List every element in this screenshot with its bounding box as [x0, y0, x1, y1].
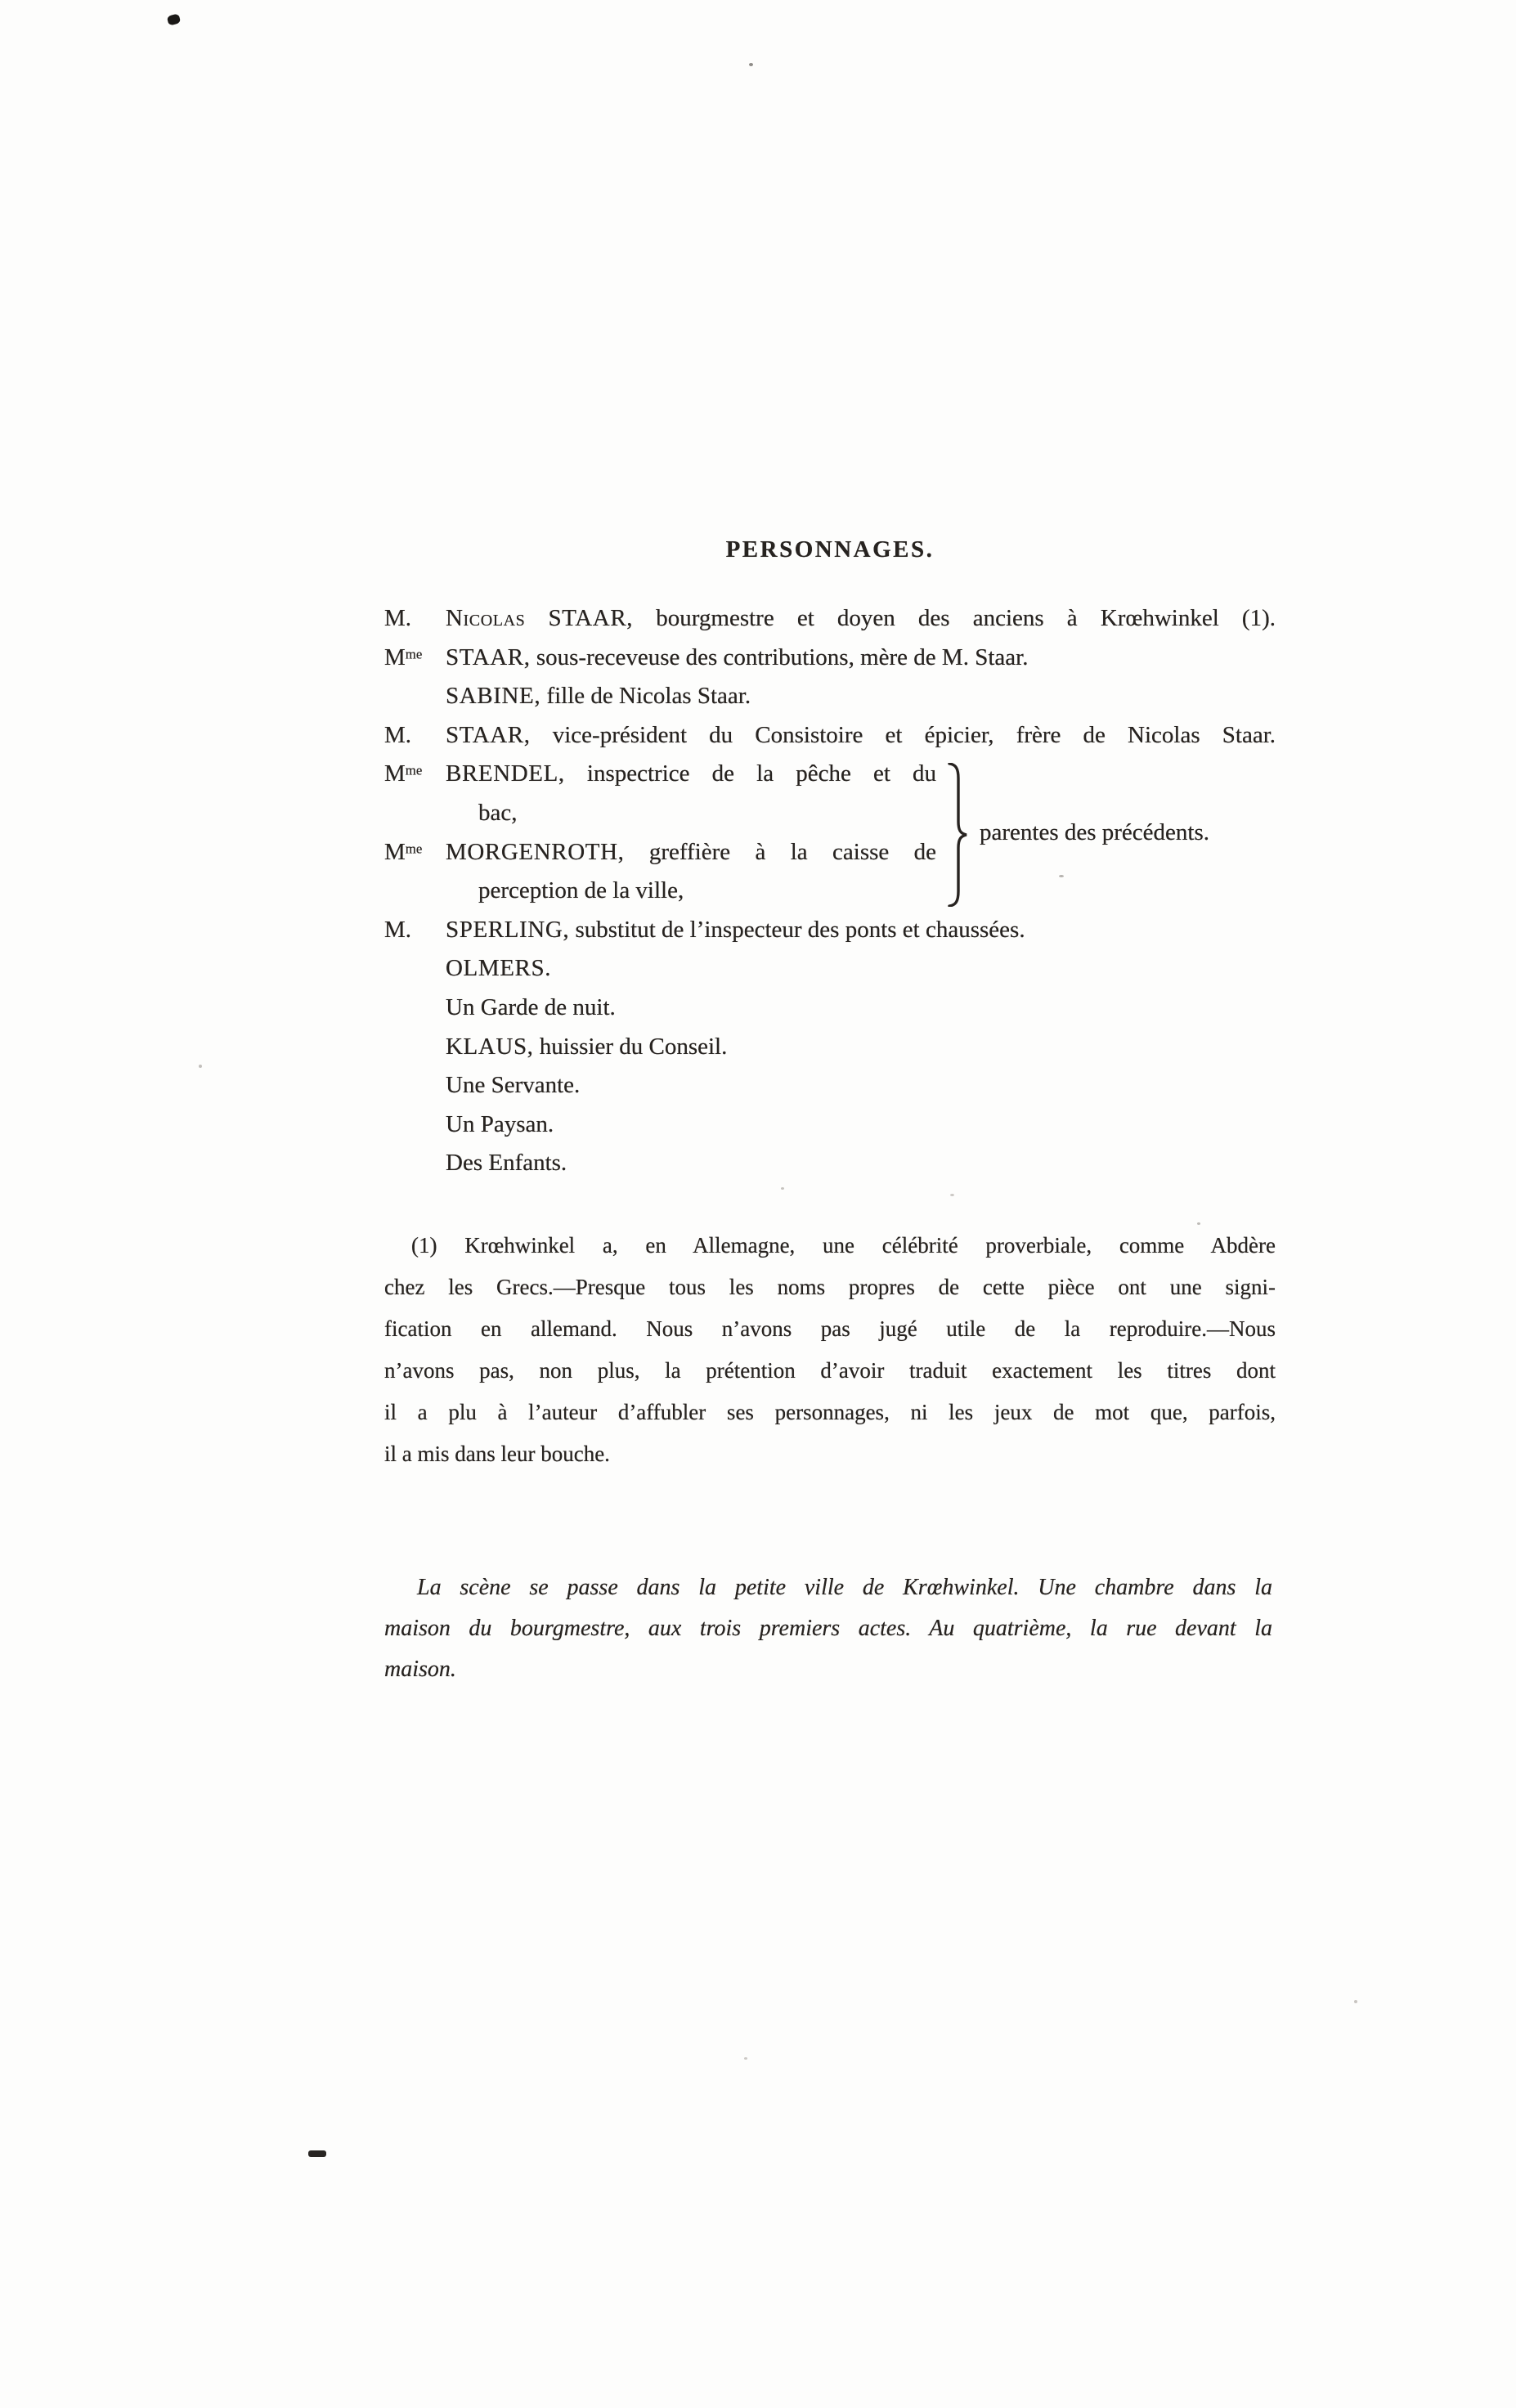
- scan-speck: [1354, 2000, 1357, 2003]
- cast-row-garde-de-nuit: Un Garde de nuit.: [384, 989, 1276, 1028]
- cast-text: OLMERS.: [446, 949, 1276, 989]
- scene-description: La scène se passe dans la petite ville d…: [384, 1567, 1272, 1690]
- cast-text: BRENDEL, inspectrice de la pêche et du: [446, 755, 936, 794]
- cast-row-paysan: Un Paysan.: [384, 1105, 1276, 1145]
- right-brace-icon: [947, 763, 968, 907]
- footnote-line: n’avons pas, non plus, la prétention d’a…: [384, 1350, 1276, 1392]
- cast-row-morgenroth-continuation: perception de la ville,: [384, 872, 936, 911]
- cast-row-sabine: SABINE, fille de Nicolas Staar.: [384, 677, 1276, 716]
- cast-list: M. Nicolas STAAR, bourgmestre et doyen d…: [384, 599, 1276, 1183]
- cast-row-brendel-continuation: bac,: [384, 794, 936, 833]
- scan-speck: [950, 1194, 954, 1196]
- cast-text: bac,: [446, 794, 936, 833]
- scan-speck: [749, 63, 753, 66]
- scan-speck: [167, 13, 182, 25]
- page-title: PERSONNAGES.: [384, 533, 1276, 566]
- brace-label: parentes des précédents.: [980, 755, 1209, 910]
- cast-prefix: [384, 677, 446, 716]
- cast-text: STAAR, sous-receveuse des contributions,…: [446, 639, 1276, 678]
- cast-row-servante: Une Servante.: [384, 1066, 1276, 1105]
- brace-entries: Mme BRENDEL, inspectrice de la pêche et …: [384, 755, 936, 910]
- cast-text: STAAR, vice-président du Consistoire et …: [446, 716, 1276, 756]
- cast-row-staar-vice-president: M. STAAR, vice-président du Consistoire …: [384, 716, 1276, 756]
- scene-line: La scène se passe dans la petite ville d…: [384, 1567, 1272, 1608]
- cast-text: Un Paysan.: [446, 1105, 1276, 1145]
- cast-prefix: Mme: [384, 755, 446, 794]
- cast-text: KLAUS, huissier du Conseil.: [446, 1028, 1276, 1067]
- scan-speck: [744, 2057, 747, 2060]
- cast-row-mme-staar: Mme STAAR, sous-receveuse des contributi…: [384, 639, 1276, 678]
- cast-prefix: Mme: [384, 639, 446, 678]
- cast-row-enfants: Des Enfants.: [384, 1144, 1276, 1183]
- cast-text: Un Garde de nuit.: [446, 989, 1276, 1028]
- scan-speck: [781, 1187, 784, 1190]
- scanned-book-page: PERSONNAGES. M. Nicolas STAAR, bourgmest…: [0, 0, 1516, 2408]
- cast-row-mme-brendel: Mme BRENDEL, inspectrice de la pêche et …: [384, 755, 936, 794]
- cast-text: Nicolas STAAR, bourgmestre et doyen des …: [446, 599, 1276, 639]
- cast-prefix: M.: [384, 911, 446, 950]
- cast-text: Une Servante.: [446, 1066, 1276, 1105]
- footnote-line: il a plu à l’auteur d’affubler ses perso…: [384, 1392, 1276, 1433]
- footnote-line: fication en allemand. Nous n’avons pas j…: [384, 1308, 1276, 1350]
- cast-prefix: M.: [384, 599, 446, 639]
- footnote-line: chez les Grecs.—Presque tous les noms pr…: [384, 1267, 1276, 1308]
- scene-line: maison du bourgmestre, aux trois premier…: [384, 1608, 1272, 1649]
- cast-text: perception de la ville,: [446, 872, 936, 911]
- cast-prefix: Mme: [384, 833, 446, 872]
- footnote-line: (1) Krœhwinkel a, en Allemagne, une célé…: [384, 1225, 1276, 1267]
- cast-row-nicolas-staar: M. Nicolas STAAR, bourgmestre et doyen d…: [384, 599, 1276, 639]
- cast-text: Des Enfants.: [446, 1144, 1276, 1183]
- cast-brace-group: Mme BRENDEL, inspectrice de la pêche et …: [384, 755, 1276, 910]
- cast-text: SABINE, fille de Nicolas Staar.: [446, 677, 1276, 716]
- cast-text: MORGENROTH, greffière à la caisse de: [446, 833, 936, 872]
- scan-speck: [308, 2150, 326, 2157]
- footnote: (1) Krœhwinkel a, en Allemagne, une célé…: [384, 1225, 1276, 1475]
- cast-text: SPERLING, substitut de l’inspecteur des …: [446, 911, 1276, 950]
- cast-row-mme-morgenroth: Mme MORGENROTH, greffière à la caisse de: [384, 833, 936, 872]
- cast-row-olmers: OLMERS.: [384, 949, 1276, 989]
- cast-row-klaus: KLAUS, huissier du Conseil.: [384, 1028, 1276, 1067]
- cast-row-sperling: M. SPERLING, substitut de l’inspecteur d…: [384, 911, 1276, 950]
- scan-speck: [199, 1065, 202, 1068]
- scene-line: maison.: [384, 1649, 1272, 1690]
- cast-prefix: M.: [384, 716, 446, 756]
- footnote-line: il a mis dans leur bouche.: [384, 1433, 1276, 1475]
